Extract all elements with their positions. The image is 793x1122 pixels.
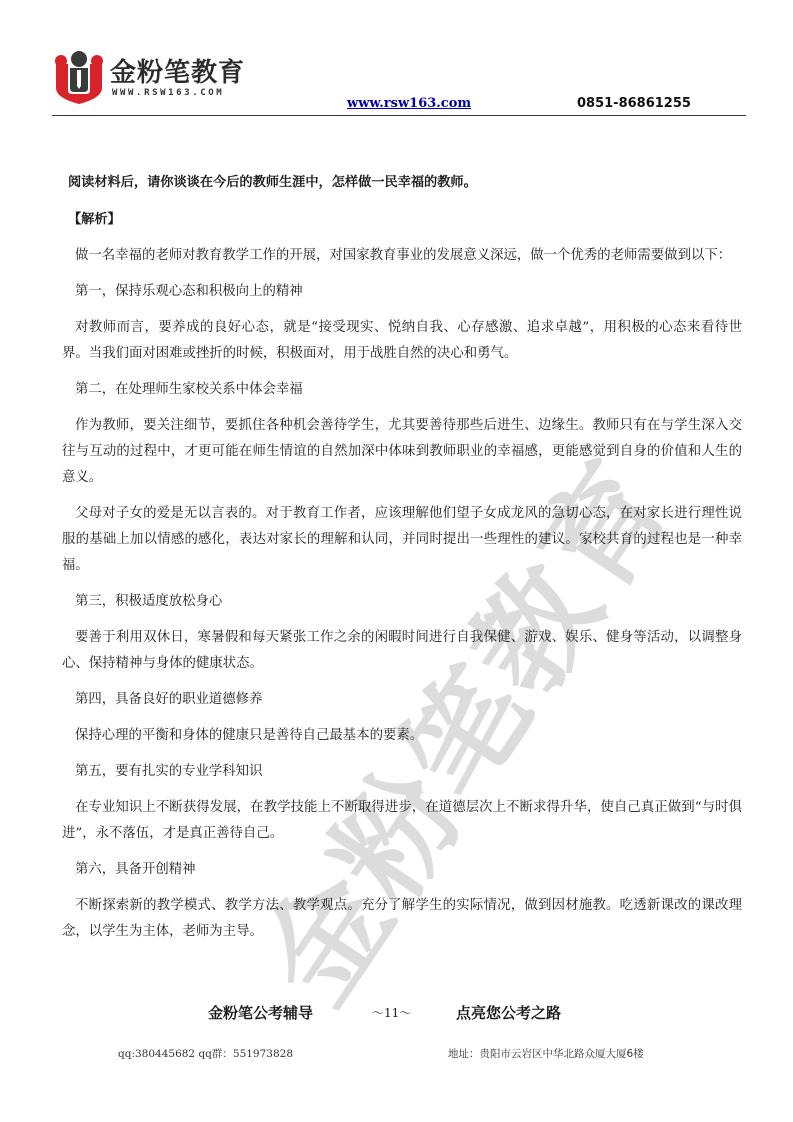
paragraph: 作为教师，要关注细节，要抓住各种机会善待学生，尤其要善待那些后进生、边缘生。教师…: [62, 413, 742, 491]
page-number: ～11～: [372, 1004, 411, 1021]
footer-left-slogan: 金粉笔公考辅导: [208, 1002, 313, 1023]
page-header: 金粉笔教育 WWW.RSW163.COM www.rsw163.com 0851…: [52, 46, 752, 116]
header-divider: [52, 115, 746, 116]
paragraph: 保持心理的平衡和身体的健康只是善待自己最基本的要素。: [62, 723, 742, 749]
paragraph: 对教师而言，要养成的良好心态，就是“接受现实、悦纳自我、心存感激、追求卓越”，用…: [62, 315, 742, 367]
paragraph: 要善于利用双休日，寒暑假和每天紧张工作之余的闲暇时间进行自我保健、游戏、娱乐、健…: [62, 625, 742, 677]
analysis-label: 【解析】: [68, 207, 742, 233]
website-link[interactable]: www.rsw163.com: [347, 96, 471, 111]
point-heading: 第五，要有扎实的专业学科知识: [62, 759, 742, 785]
point-heading: 第三，积极适度放松身心: [62, 589, 742, 615]
footer-right-slogan: 点亮您公考之路: [456, 1002, 561, 1023]
logo-subtitle: WWW.RSW163.COM: [112, 88, 224, 98]
point-heading: 第六，具备开创精神: [62, 857, 742, 883]
logo-text: 金粉笔教育: [110, 52, 245, 89]
paragraph: 父母对子女的爱是无以言表的。对于教育工作者，应该理解他们望子女成龙风的急切心态，…: [62, 501, 742, 579]
logo-icon: [52, 50, 106, 104]
document-body: 阅读材料后，请你谈谈在今后的教师生涯中，怎样做一民幸福的教师。 【解析】 做一名…: [62, 170, 742, 955]
point-heading: 第一，保持乐观心态和积极向上的精神: [62, 279, 742, 305]
phone-number: 0851-86861255: [577, 96, 691, 111]
point-heading: 第二，在处理师生家校关系中体会幸福: [62, 377, 742, 403]
footer-qq: qq:380445682 qq群：551973828: [118, 1046, 293, 1061]
paragraph: 在专业知识上不断获得发展，在教学技能上不断取得进步，在道德层次上不断求得升华，使…: [62, 795, 742, 847]
paragraph: 不断探索新的教学模式、教学方法、教学观点。充分了解学生的实际情况，做到因材施教。…: [62, 893, 742, 945]
question-text: 阅读材料后，请你谈谈在今后的教师生涯中，怎样做一民幸福的教师。: [68, 170, 742, 196]
footer-address: 地址：贵阳市云岩区中华北路众厦大厦6楼: [448, 1046, 644, 1061]
point-heading: 第四，具备良好的职业道德修养: [62, 687, 742, 713]
paragraph: 做一名幸福的老师对教育教学工作的开展，对国家教育事业的发展意义深远，做一个优秀的…: [62, 243, 742, 269]
